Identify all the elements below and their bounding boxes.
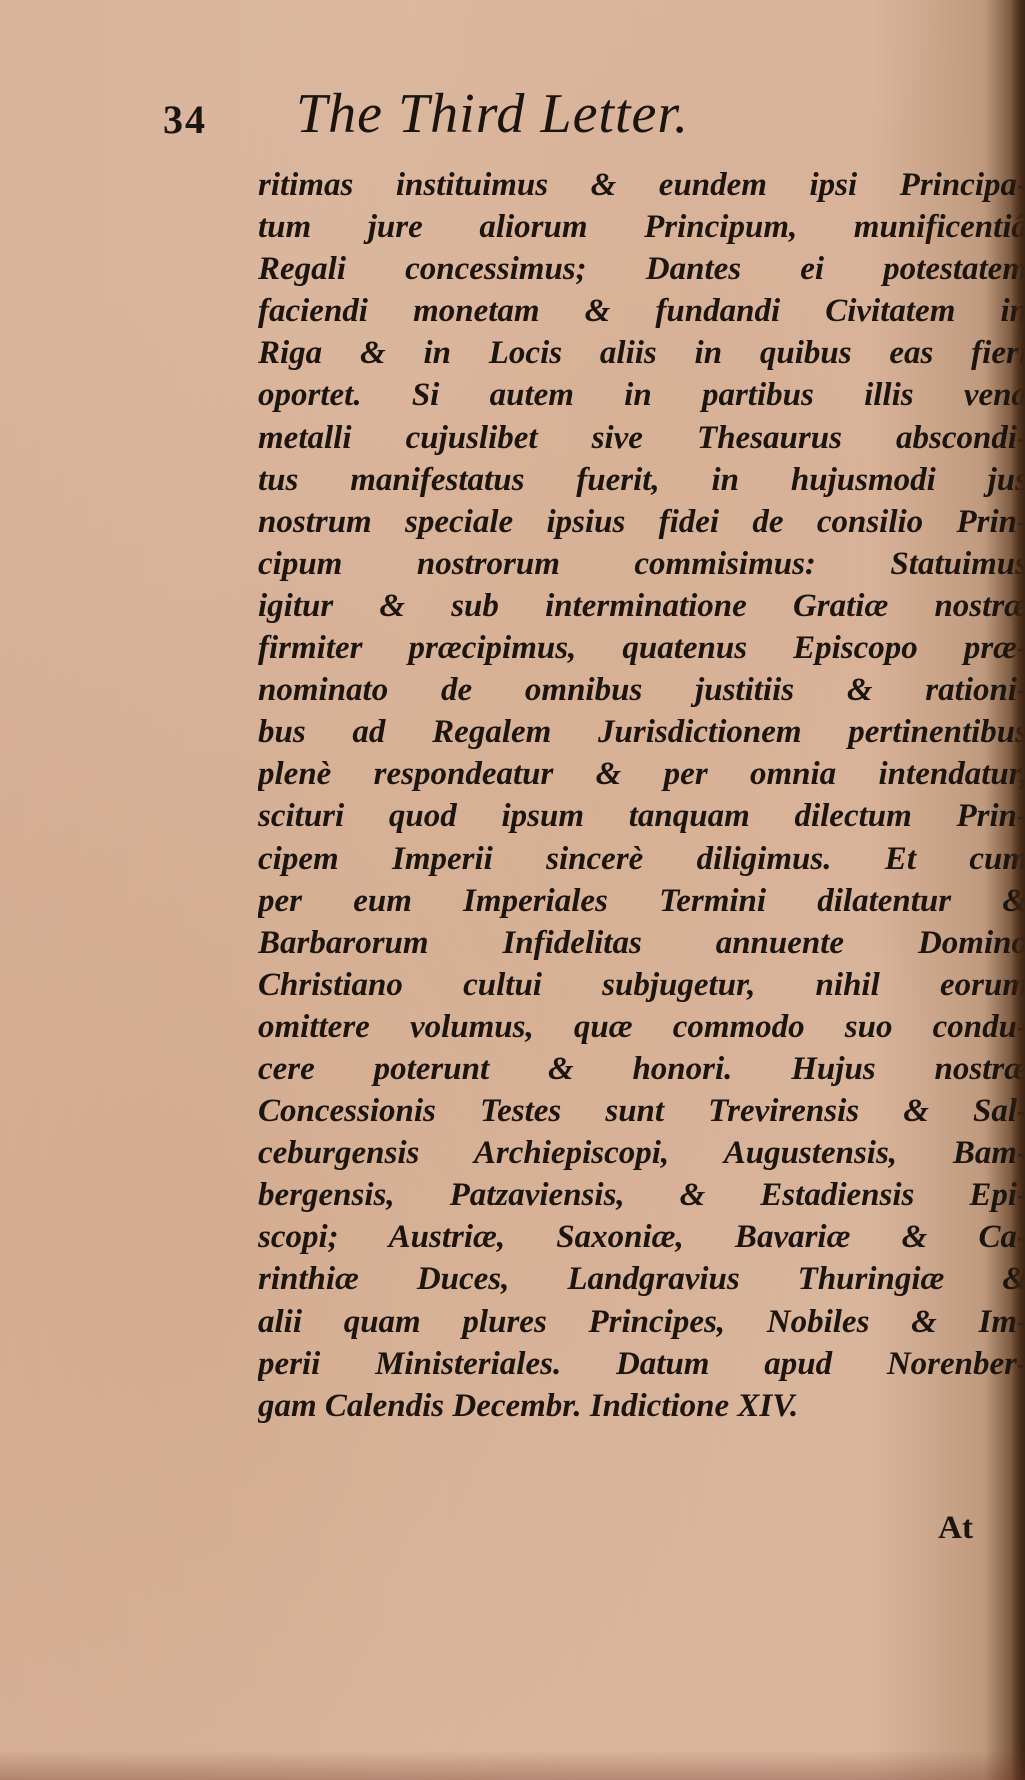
text-line: scituri quod ipsum tanquam dilectum Prin…	[258, 795, 1025, 837]
text-line: gam Calendis Decembr. Indictione XIV.	[258, 1385, 1025, 1427]
text-line: scopi; Austriæ, Saxoniæ, Bavariæ & Ca-	[258, 1216, 1025, 1258]
text-line: omittere volumus, quæ commodo suo condu-	[258, 1006, 1025, 1048]
text-line: Concessionis Testes sunt Trevirensis & S…	[258, 1090, 1025, 1132]
text-line: nominato de omnibus justitiis & rationi-	[258, 669, 1025, 711]
text-line: bergensis, Patzaviensis, & Estadiensis E…	[258, 1174, 1025, 1216]
text-line: Riga & in Locis aliis in quibus eas fier…	[258, 332, 1025, 374]
text-line: faciendi monetam & fundandi Civitatem in	[258, 290, 1025, 332]
text-line: rinthiæ Duces, Landgravius Thuringiæ &	[258, 1258, 1025, 1300]
text-line: nostrum speciale ipsius fidei de consili…	[258, 501, 1025, 543]
text-line: metalli cujuslibet sive Thesaurus abscon…	[258, 417, 1025, 459]
text-line: igitur & sub interminatione Gratiæ nostr…	[258, 585, 1025, 627]
page-number: 34	[163, 96, 207, 143]
text-line: Barbarorum Infidelitas annuente Domino	[258, 922, 1025, 964]
body-text: ritimas instituimus & eundem ipsi Princi…	[258, 164, 1025, 1427]
text-line: Regali concessimus; Dantes ei potestatem	[258, 248, 1025, 290]
catchword: At	[938, 1510, 973, 1547]
text-line: cere poterunt & honori. Hujus nostræ	[258, 1048, 1025, 1090]
text-line: ceburgensis Archiepiscopi, Augustensis, …	[258, 1132, 1025, 1174]
text-line: bus ad Regalem Jurisdictionem pertinenti…	[258, 711, 1025, 753]
text-line: ritimas instituimus & eundem ipsi Princi…	[258, 164, 1025, 206]
text-line: firmiter præcipimus, quatenus Episcopo p…	[258, 627, 1025, 669]
page-bottom-shade	[0, 1750, 1025, 1780]
text-line: tum jure aliorum Principum, munificentiâ	[258, 206, 1025, 248]
text-line: Christiano cultui subjugetur, nihil eoru…	[258, 964, 1025, 1006]
running-head: The Third Letter.	[296, 82, 689, 146]
text-line: tus manifestatus fuerit, in hujusmodi ju…	[258, 459, 1025, 501]
text-line: perii Ministeriales. Datum apud Norenber…	[258, 1343, 1025, 1385]
text-line: cipem Imperii sincerè diligimus. Et cum	[258, 838, 1025, 880]
text-line: cipum nostrorum commisimus: Statuimus	[258, 543, 1025, 585]
text-line: oportet. Si autem in partibus illis vena	[258, 374, 1025, 416]
text-line: plenè respondeatur & per omnia intendatu…	[258, 753, 1025, 795]
text-line: per eum Imperiales Termini dilatentur &	[258, 880, 1025, 922]
page-edge-shadow	[1011, 0, 1025, 1780]
text-line: alii quam plures Principes, Nobiles & Im…	[258, 1301, 1025, 1343]
book-page: 34 The Third Letter. ritimas instituimus…	[0, 0, 1025, 1780]
